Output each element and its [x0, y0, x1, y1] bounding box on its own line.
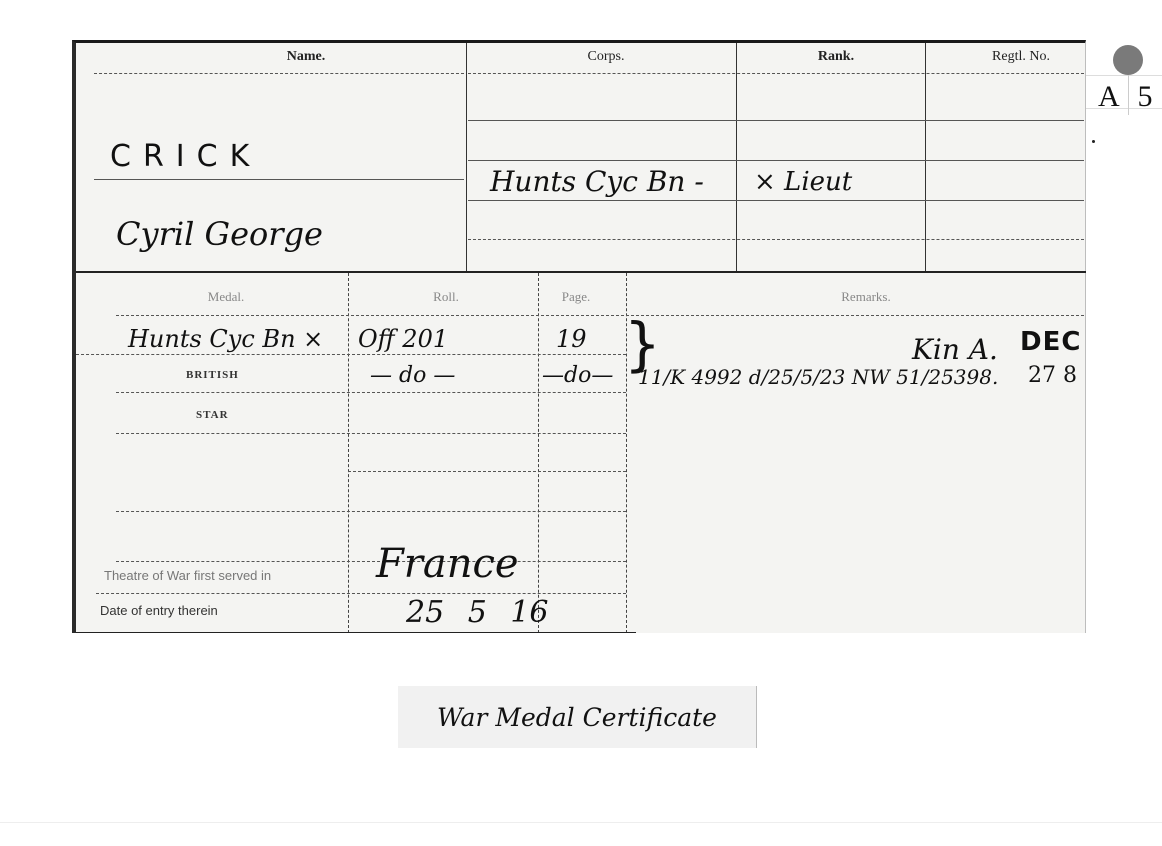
divider — [96, 593, 626, 594]
divider — [736, 43, 737, 271]
header-corps: Corps. — [526, 49, 686, 65]
divider — [76, 354, 626, 355]
remarks-line: 11/K 4992 d/25/5/23 NW 51/25398. — [638, 365, 998, 389]
corps-value: Hunts Cyc Bn - — [490, 165, 704, 198]
remarks-annotation: Kin A. — [912, 333, 998, 366]
divider — [116, 315, 1084, 316]
page-ditto: —do— — [542, 363, 613, 388]
divider — [116, 561, 626, 562]
header-remarks: Remarks. — [796, 289, 936, 305]
guide-line — [1086, 75, 1162, 76]
roll-value: Off 201 — [358, 325, 448, 353]
divider — [466, 43, 467, 271]
header-roll: Roll. — [406, 289, 486, 305]
theatre-value: France — [376, 541, 519, 587]
header-page: Page. — [546, 289, 606, 305]
surname: CRICK — [110, 139, 261, 174]
caption-box: War Medal Certificate — [398, 686, 757, 748]
divider — [94, 73, 464, 74]
divider — [538, 273, 539, 633]
reference-dot-icon — [1113, 45, 1143, 75]
divider — [468, 160, 1084, 161]
divider — [116, 433, 626, 434]
divider — [116, 511, 626, 512]
rank-value: × Lieut — [754, 167, 852, 197]
caption-text: War Medal Certificate — [437, 703, 717, 732]
medal-index-card: Name. Corps. Rank. Regtl. No. CRICK Cyri… — [72, 40, 1086, 633]
date-stamp-day: 27 8 — [1028, 363, 1077, 388]
divider — [468, 120, 1084, 121]
divider — [468, 73, 1084, 74]
theatre-label: Theatre of War first served in — [104, 568, 271, 583]
forenames: Cyril George — [116, 215, 323, 253]
reference-label: A 5 — [1098, 80, 1159, 114]
divider — [94, 179, 464, 180]
header-rank: Rank. — [766, 49, 906, 65]
section-divider — [76, 271, 1086, 273]
medal-entry: Hunts Cyc Bn × — [128, 325, 323, 353]
date-stamp-month: DEC — [1020, 327, 1081, 357]
divider — [468, 239, 1084, 240]
entry-date-value: 25 5 16 — [406, 595, 549, 630]
dot-mark — [1092, 140, 1095, 143]
divider — [468, 200, 1084, 201]
page-edge — [0, 822, 1162, 823]
divider — [925, 43, 926, 271]
page-value: 19 — [556, 325, 587, 353]
header-regtl-no: Regtl. No. — [956, 49, 1086, 65]
medal-type-star: STAR — [196, 409, 229, 421]
roll-ditto: — do — — [370, 363, 455, 388]
divider — [76, 632, 636, 633]
header-name: Name. — [226, 49, 386, 65]
medal-type-british: BRITISH — [186, 369, 239, 381]
divider — [348, 471, 626, 472]
entry-date-label: Date of entry therein — [100, 603, 218, 618]
divider — [348, 273, 349, 633]
divider — [116, 392, 626, 393]
header-medal: Medal. — [166, 289, 286, 305]
